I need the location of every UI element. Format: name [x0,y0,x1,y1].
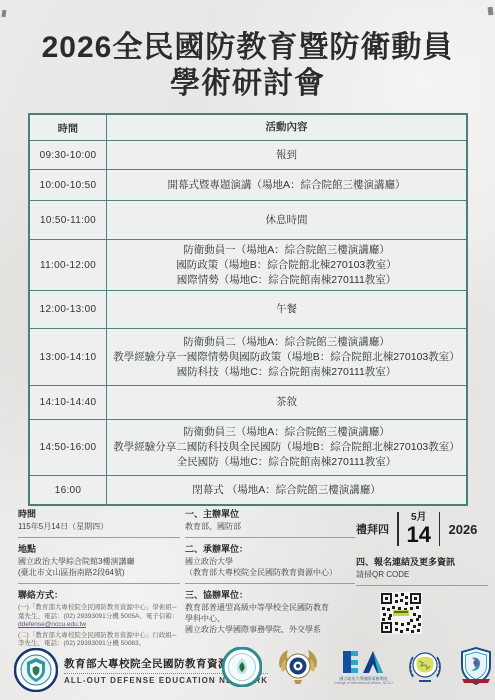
divider [185,537,355,538]
college-of-international-affairs-caption-en: College of International Affairs, NCCU [334,681,393,685]
college-of-international-affairs-logo: 國立政治大學國際事務學院 College of International Af… [334,649,393,685]
date-weekday: 禮拜四 [356,521,389,537]
diplomacy-department-logo-icon [405,647,445,687]
date-badge: 禮拜四 5月 14 2026 [356,512,488,546]
info-column-left: 時間 115年5月14日（星期四） 地點 國立政治大學綜合院館3樓演講廳 (臺北… [18,508,180,649]
corner-mark-left [2,10,7,17]
row-time: 12:00-13:00 [30,291,107,328]
date-separator [397,512,399,546]
row-time: 10:50-11:00 [30,201,107,239]
info-location-line1: 國立政治大學綜合院館3樓演講廳 [18,556,180,567]
page-title: 2026全民國防教育暨防衛動員 學術研討會 [0,30,495,102]
row-activity-line: 國際情勢（場地C：綜合院館南棟270111教室） [177,273,397,288]
logo-strip: 教育部大專校院全民國防教育資源中心 ALL-OUT DEFENSE EDUCAT… [0,646,495,696]
ministry-of-education-logo-icon [222,647,262,687]
co-organizer-line2: 學科中心、 [185,613,355,624]
info-time-value: 115年5月14日（星期四） [18,521,180,532]
divider [18,537,180,538]
date-month: 5月 [411,513,427,523]
row-activity: 休息時間 [266,213,308,228]
row-activity: 開幕式暨專題演講（場地A：綜合院館三樓演講廳） [167,178,405,193]
college-of-international-affairs-logo-icon [341,649,385,675]
table-row: 11:00-12:00 防衛動員一（場地A：綜合院館三樓演講廳） 國防政策（場地… [30,239,466,290]
info-contact-item1: (一)「教育部大專校院全民國防教育資源中心」學術組─葉先生、電話：(02) 29… [18,604,180,630]
row-time: 10:00-10:50 [30,170,107,200]
date-day: 14 [407,524,431,546]
partner-logos: 國立政治大學國際事務學院 College of International Af… [222,646,495,688]
row-activity: 茶敘 [276,395,297,410]
info-column-right: 禮拜四 5月 14 2026 四、報名連結及更多資訊 請掃QR CODE [356,508,488,634]
table-row: 09:30-10:00 報到 [30,140,466,169]
table-row: 14:50-16:00 防衛動員三（場地A：綜合院館三樓演講廳） 教學經驗分享二… [30,419,466,475]
resource-center-logo-icon [14,648,58,692]
divider [356,585,488,586]
row-time: 11:00-12:00 [30,240,107,290]
row-activity-line: 防衛動員三（場地A：綜合院館三樓演講廳） [183,425,390,440]
undertaker-heading: 二、承辦單位： [185,543,355,556]
co-organizer-heading: 三、協辦單位： [185,589,355,602]
divider [185,583,355,584]
divider [18,583,180,584]
contact-item1-text: (一)「教育部大專校院全民國防教育資源中心」學術組─葉先生、電話：(02) 29… [18,604,178,620]
row-activity: 報到 [276,148,297,163]
co-organizer-line3: 國立政治大學國際事務學院、外交學系 [185,624,355,635]
schedule-table: 時間 活動內容 09:30-10:00 報到 10:00-10:50 開幕式暨專… [28,113,468,506]
table-row: 16:00 閉幕式 （場地A：綜合院館三樓演講廳） [30,475,466,504]
row-activity-line: 國防科技（場地C：綜合院館南棟270111教室） [177,365,397,380]
registration-sub: 請掃QR CODE [356,569,488,580]
schedule-header-time: 時間 [30,115,107,140]
row-time: 09:30-10:00 [30,141,107,169]
registration-heading: 四、報名連結及更多資訊 [356,556,488,569]
qr-code[interactable] [380,592,422,634]
row-activity-line: 國防政策（場地B：綜合院館北棟270103教室） [176,258,397,273]
row-time: 14:50-16:00 [30,420,107,475]
contact-email-link[interactable]: ddefense@nccu.edu.tw [18,621,86,628]
row-activity-line: 教學經驗分享一國際情勢與國防政策（場地B：綜合院館北棟270103教室） [113,350,460,365]
ministry-of-national-defense-logo-icon [274,646,322,688]
table-row: 14:10-14:40 茶敘 [30,385,466,419]
date-year: 2026 [448,522,477,537]
page-title-line1: 2026全民國防教育暨防衛動員 [0,30,495,66]
row-activity-line: 防衛動員二（場地A：綜合院館三樓演講廳） [183,335,390,350]
co-organizer-line1: 教育部普通型高級中等學校全民國防教育 [185,602,355,613]
row-activity: 午餐 [276,302,297,317]
schedule-header-row: 時間 活動內容 [30,115,466,140]
corner-mark-right [488,7,494,15]
row-activity-line: 全民國防（場地C：綜合院館南棟270111教室） [177,455,397,470]
schedule-header-activity: 活動內容 [107,115,466,140]
row-time: 13:00-14:10 [30,329,107,385]
table-row: 12:00-13:00 午餐 [30,290,466,328]
date-separator [439,512,441,546]
info-contact-heading: 聯絡方式： [18,589,180,602]
host-value: 教育部、國防部 [185,521,355,532]
info-location-heading: 地點 [18,543,180,556]
table-row: 10:00-10:50 開幕式暨專題演講（場地A：綜合院館三樓演講廳） [30,169,466,200]
row-time: 16:00 [30,476,107,504]
row-activity: 閉幕式 （場地A：綜合院館三樓演講廳） [192,483,380,498]
info-column-middle: 一、主辦單位 教育部、國防部 二、承辦單位： 國立政治大學 （教育部大專校院全民… [185,508,355,635]
host-heading: 一、主辦單位 [185,508,355,521]
info-time-heading: 時間 [18,508,180,521]
page-title-line2: 學術研討會 [0,66,495,102]
table-row: 10:50-11:00 休息時間 [30,200,466,239]
row-activity-line: 防衛動員一（場地A：綜合院館三樓演講廳） [183,243,390,258]
university-crest-logo-icon [457,646,495,688]
info-location-line2: (臺北市文山區指南路2段64號) [18,567,180,578]
row-activity-line: 教學經驗分享二國防科技與全民國防（場地B：綜合院館北棟270103教室） [113,440,460,455]
row-time: 14:10-14:40 [30,386,107,419]
undertaker-line2: （教育部大專校院全民國防教育資源中心） [185,567,355,578]
table-row: 13:00-14:10 防衛動員二（場地A：綜合院館三樓演講廳） 教學經驗分享一… [30,328,466,385]
undertaker-line1: 國立政治大學 [185,556,355,567]
